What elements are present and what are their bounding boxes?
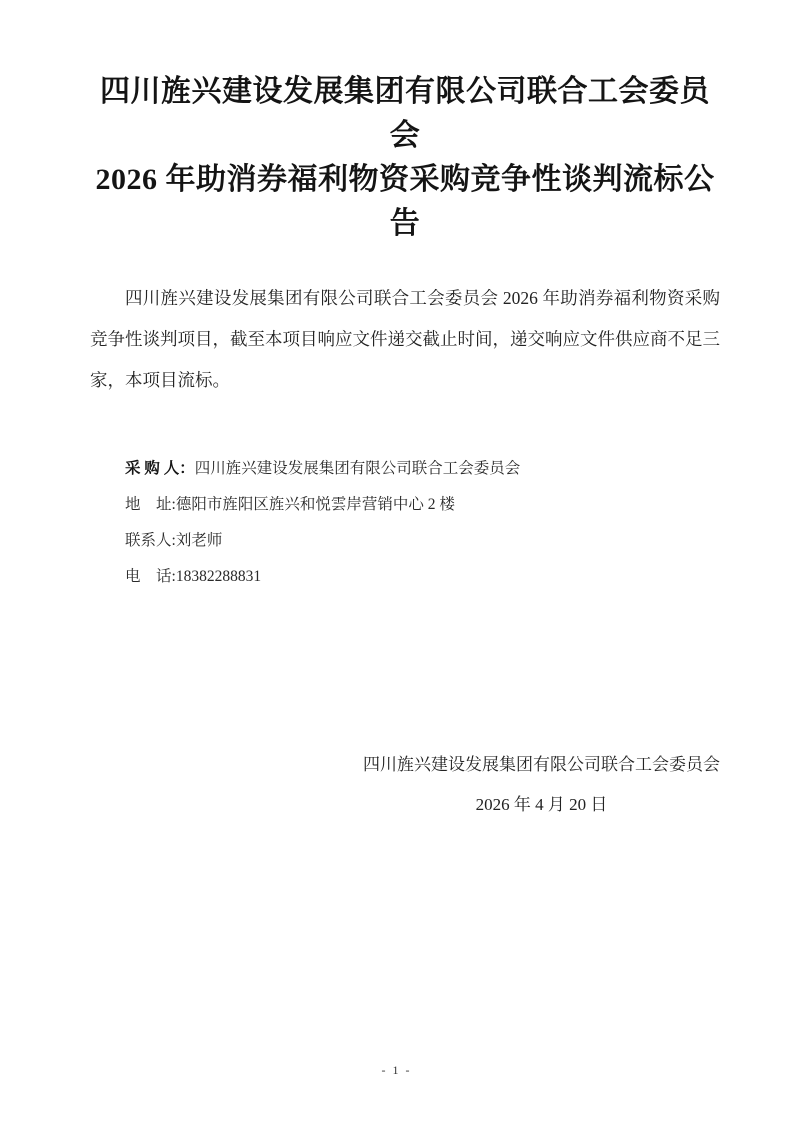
contact-block: 采 购 人：四川旌兴建设发展集团有限公司联合工会委员会 地 址:德阳市旌阳区旌兴… — [125, 451, 720, 595]
contact-row-phone: 电 话:18382288831 — [125, 559, 720, 595]
signature-date: 2026 年 4 月 20 日 — [363, 785, 720, 825]
buyer-label: 采 购 人： — [125, 460, 195, 477]
address-value: 德阳市旌阳区旌兴和悦雲岸营销中心 2 楼 — [176, 496, 455, 513]
title-line-1: 四川旌兴建设发展集团有限公司联合工会委员会 — [90, 70, 720, 158]
buyer-value: 四川旌兴建设发展集团有限公司联合工会委员会 — [195, 460, 521, 477]
contact-person-label: 联系人: — [125, 532, 176, 549]
title-line-3: 告 — [90, 202, 720, 246]
document-title: 四川旌兴建设发展集团有限公司联合工会委员会 2026 年助消券福利物资采购竞争性… — [90, 70, 720, 246]
phone-value: 18382288831 — [176, 568, 261, 585]
address-label: 地 址: — [125, 496, 176, 513]
signature-organization: 四川旌兴建设发展集团有限公司联合工会委员会 — [363, 745, 720, 785]
page-number: - 1 - — [0, 1063, 793, 1078]
contact-row-address: 地 址:德阳市旌阳区旌兴和悦雲岸营销中心 2 楼 — [125, 487, 720, 523]
title-line-2: 2026 年助消券福利物资采购竞争性谈判流标公 — [90, 158, 720, 202]
signature-block: 四川旌兴建设发展集团有限公司联合工会委员会 2026 年 4 月 20 日 — [363, 745, 720, 825]
document-page: 四川旌兴建设发展集团有限公司联合工会委员会 2026 年助消券福利物资采购竞争性… — [0, 0, 793, 1122]
body-paragraph: 四川旌兴建设发展集团有限公司联合工会委员会 2026 年助消券福利物资采购竞争性… — [90, 278, 720, 401]
contact-person-value: 刘老师 — [176, 532, 223, 549]
contact-row-buyer: 采 购 人：四川旌兴建设发展集团有限公司联合工会委员会 — [125, 451, 720, 487]
phone-label: 电 话: — [125, 568, 176, 585]
contact-row-contact-person: 联系人:刘老师 — [125, 523, 720, 559]
